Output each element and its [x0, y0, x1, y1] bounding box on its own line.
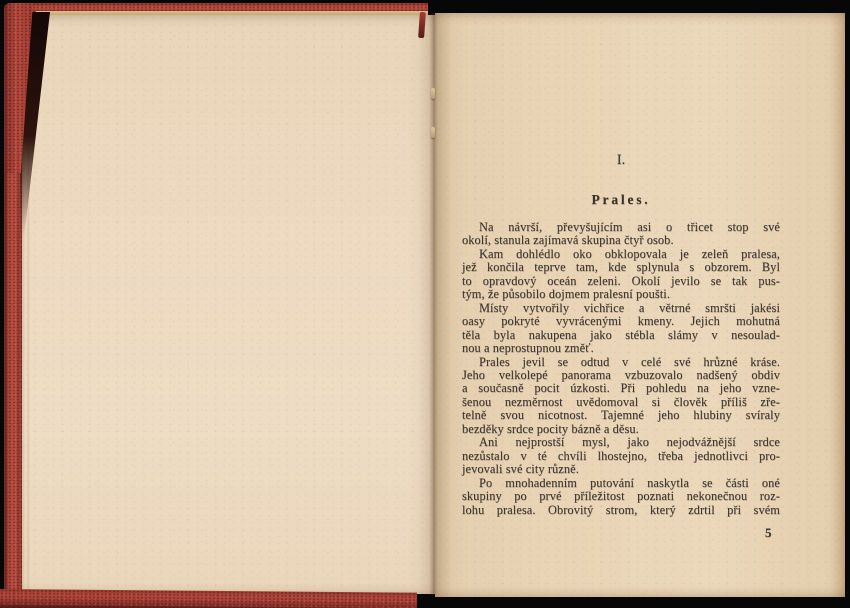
text-line: to opravdový oceán zeleni. Okolí jevilo … [462, 275, 780, 288]
text-line: skupiny po prvé příležitost poznati neko… [462, 490, 780, 503]
text-line: a současně pocit úzkosti. Při pohledu na… [462, 382, 780, 395]
chapter-number: I. [462, 152, 780, 169]
text-line: telně svou nicotnost. Tajemné jeho hlubi… [462, 409, 780, 422]
cover-cloth-texture [0, 589, 417, 608]
page-number: 5 [765, 525, 772, 541]
text-line: okolí, stanula zajímavá skupina čtyř oso… [462, 234, 780, 247]
text-line: Ani nejprostší mysl, jako nejodvážnější … [462, 436, 780, 449]
paper-texture [22, 15, 435, 594]
chapter-title: Prales. [462, 192, 780, 208]
left-page-blank [22, 15, 435, 594]
binding-stitch [431, 88, 435, 99]
binding-stitch [431, 127, 435, 138]
text-line: tým, že působilo dojmem pralesní poušti. [462, 288, 780, 301]
text-line: Po mnohadenním putování naskytla se část… [462, 477, 780, 490]
text-line: oasy pokryté vyvrácenými kmeny. Jejich m… [462, 315, 780, 328]
text-line: nezůstalo v té chvíli lhostejno, třeba j… [462, 450, 780, 463]
text-line: šenou nezměrnost uvědomoval si člověk př… [462, 396, 780, 409]
text-line: Prales jevil se odtud v celé své hrůzné … [462, 356, 780, 369]
book-spread: I. Prales. Na návrší, převyšujícím asi o… [0, 0, 850, 608]
body-text: Na návrší, převyšujícím asi o třicet sto… [462, 221, 780, 517]
book-cover-bottom-edge [0, 589, 417, 608]
text-line: bezděky srdce pocity bázně a děsu. [462, 423, 780, 436]
book-gutter [429, 13, 438, 595]
text-line: jevovali své city různě. [462, 463, 780, 476]
text-line: Kam dohlédlo oko obklopovala je zeleň pr… [462, 248, 780, 261]
text-line: jež končila teprve tam, kde splynula s o… [462, 261, 780, 274]
text-line: Jeho velkolepé panorama vzbuzovalo nadše… [462, 369, 780, 382]
right-page: I. Prales. Na návrší, převyšujícím asi o… [435, 13, 845, 597]
text-line: Místy vytvořily vichřice a větrné smršti… [462, 302, 780, 315]
text-line: lohu pralesa. Obrovitý strom, který zdrt… [462, 504, 780, 517]
text-line: těla byla nakupena jako stébla slámy v n… [462, 329, 780, 342]
text-line: nou a neprostupnou změť. [462, 342, 780, 355]
text-line: Na návrší, převyšujícím asi o třicet sto… [462, 221, 780, 234]
